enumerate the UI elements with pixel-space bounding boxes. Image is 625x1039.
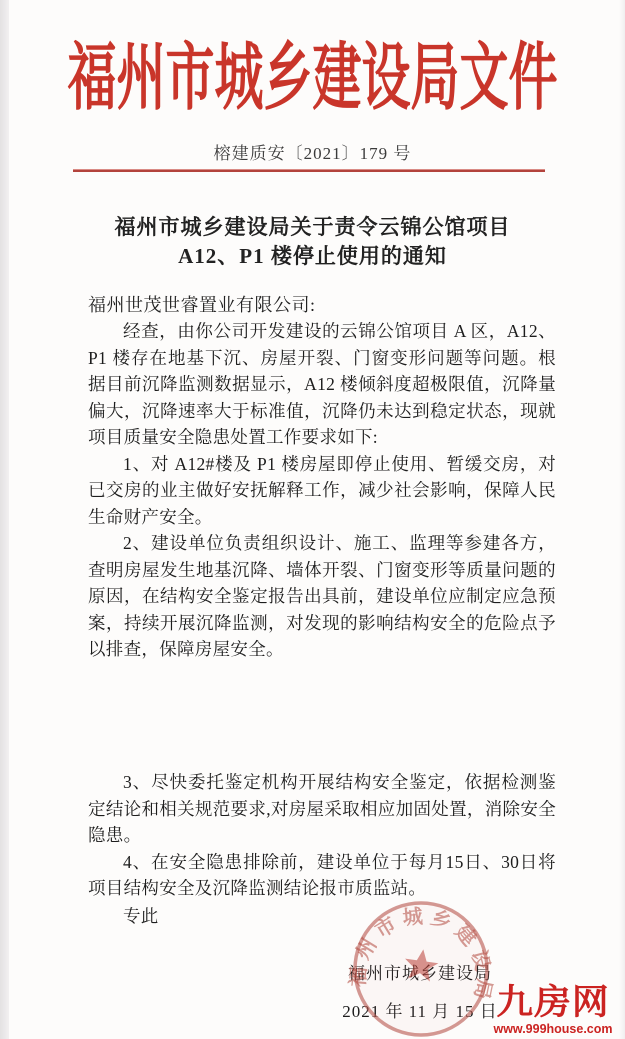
signature-agency: 福州市城乡建设局 [330,959,510,984]
official-document-page: 福州市城乡建设局文件 榕建质安〔2021〕179 号 福州市城乡建设局关于责令云… [0,0,625,1039]
watermark-logo-text: 九房网 [485,984,622,1022]
intro-paragraph: 经查，由你公司开发建设的云锦公馆项目 A 区，A12、P1 楼存在地基下沉、房屋… [88,318,556,451]
watermark-url: www.999house.com [488,1022,618,1036]
site-watermark: 九房网 www.999house.com [488,984,618,1036]
addressee-line: 福州世茂世睿置业有限公司: [88,291,316,317]
agency-banner-text: 福州市城乡建设局文件 [67,20,557,125]
notice-title-line2: A12、P1 楼停止使用的通知 [0,242,625,271]
document-number: 榕建质安〔2021〕179 号 [0,139,625,164]
requirement-item-4: 4、在安全隐患排除前，建设单位于每月15日、30日将项目结构安全及沉降监测结论报… [88,849,556,902]
closing-phrase: 专此 [88,903,556,930]
notice-title: 福州市城乡建设局关于责令云锦公馆项目 A12、P1 楼停止使用的通知 [0,213,625,271]
notice-title-line1: 福州市城乡建设局关于责令云锦公馆项目 [0,213,625,242]
requirement-item-2: 2、建设单位负责组织设计、施工、监理等参建各方，查明房屋发生地基沉降、墙体开裂、… [88,530,556,663]
red-divider-rule [73,169,545,172]
requirement-item-3: 3、尽快委托鉴定机构开展结构安全鉴定，依据检测鉴定结论和相关规范要求,对房屋采取… [88,769,556,849]
body-section-bottom: 3、尽快委托鉴定机构开展结构安全鉴定，依据检测鉴定结论和相关规范要求,对房屋采取… [88,769,556,929]
requirement-item-1: 1、对 A12#楼及 P1 楼房屋即停止使用、暂缓交房，对已交房的业主做好安抚解… [88,451,556,531]
agency-banner: 福州市城乡建设局文件 [0,20,625,90]
body-section-top: 经查，由你公司开发建设的云锦公馆项目 A 区，A12、P1 楼存在地基下沉、房屋… [88,318,556,663]
signature-block: 福州市城乡建设局 2021 年 11 月 15 日 [330,959,510,1022]
signature-date: 2021 年 11 月 15 日 [330,997,510,1022]
